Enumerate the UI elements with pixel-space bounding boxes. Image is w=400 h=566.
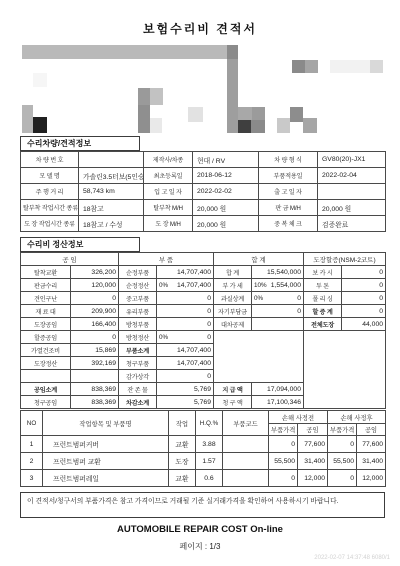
- cell-value: 0: [157, 318, 214, 331]
- section-title-settlement-info: 수리비 정산정보: [20, 237, 140, 252]
- redaction-block: [303, 118, 317, 133]
- cell-value: 326,200: [71, 266, 119, 279]
- cell-value: 2022-02-02: [193, 184, 259, 200]
- cell-label: 보 카 시: [304, 266, 342, 279]
- redaction-block: [227, 45, 238, 59]
- cell-value: 0: [157, 370, 214, 383]
- percent-value: 0%: [254, 295, 263, 302]
- redaction-block: [138, 105, 150, 133]
- redaction-block: [22, 105, 33, 133]
- amount-value: 0: [207, 373, 211, 380]
- redaction-block: [138, 88, 150, 105]
- redaction-block: [238, 107, 252, 120]
- cell-label-claim-amount: 청 구 액: [214, 396, 252, 409]
- cell-label: 폴 리 싱: [304, 292, 342, 305]
- page-title: 보험수리비 견적서: [0, 20, 400, 37]
- amount-value: 0: [207, 295, 211, 302]
- cell-label: 방청정산: [119, 331, 157, 344]
- cell-label-parts-subtotal: 부품소계: [119, 344, 157, 357]
- amount-value: 14,707,400: [177, 282, 211, 289]
- column-header-labor: 공 임: [21, 253, 119, 266]
- cell-value: 2022-02-04: [318, 168, 386, 184]
- cell-part-code: [223, 436, 269, 453]
- cell-value: 10%1,554,000: [252, 279, 304, 292]
- cell-value: 18참고 / 수성: [79, 216, 144, 232]
- cell-label: 할증공임: [21, 331, 71, 344]
- table-row: 판금수리 120,000 순정정산 0%14,707,400 부 가 세 10%…: [21, 279, 386, 292]
- cell-value: 0: [342, 305, 386, 318]
- column-header-part-price: 부품가격: [269, 424, 298, 436]
- cell-value: 44,000: [342, 318, 386, 331]
- print-stamp: 2022-02-07 14:37:48 6080/1: [314, 555, 390, 561]
- cell-label: 도장정산: [21, 357, 71, 370]
- table-row: 주 행 거 리 58,743 km 입 고 일 자 2022-02-02 출 고…: [21, 184, 386, 200]
- work-items-table: NO 작업항목 및 부품명 작업 H.Q.% 부품코드 손해 사정전 손해 사정…: [20, 410, 386, 487]
- redaction-block: [150, 118, 162, 133]
- cell-value: 현대 / RV: [193, 152, 259, 168]
- cell-label: 재 료 대: [21, 305, 71, 318]
- table-row: 1 프런트범퍼커버 교환 3.88 0 77,600 0 77,600: [21, 436, 386, 453]
- column-header-labor: 공임: [357, 424, 386, 436]
- cell-label: 방청부품: [119, 318, 157, 331]
- column-header-part-price: 부품가격: [328, 424, 357, 436]
- cell-value: 20,000 원: [193, 200, 259, 216]
- redaction-block: [290, 107, 303, 122]
- percent-value: 10%: [254, 282, 267, 289]
- cell-value: [79, 152, 144, 168]
- redaction-block: [277, 118, 290, 133]
- cell-value: 20,000 원: [193, 216, 259, 232]
- amount-value: 5,769: [194, 386, 211, 393]
- amount-value: 14,707,400: [177, 347, 211, 354]
- cell-label-payment-amount: 지 급 액: [214, 383, 252, 396]
- table-row: 견인구난 0 중고부품 0 과실상계 0%0 폴 리 싱 0: [21, 292, 386, 305]
- amount-value: 14,707,400: [177, 269, 211, 276]
- cell-label: 도 장 작업시간 종류: [21, 216, 79, 232]
- cell-label-labor-subtotal: 공임소계: [21, 383, 71, 396]
- cell-value: 17,094,000: [252, 383, 304, 396]
- cell-label: 탈부착 작업시간 종류: [21, 200, 79, 216]
- cell-label: 주 행 거 리: [21, 184, 79, 200]
- amount-value: 17,094,000: [267, 386, 301, 393]
- redaction-block: [252, 107, 265, 120]
- cell-value: 120,000: [71, 279, 119, 292]
- cell-label: 판 금 M/H: [259, 200, 318, 216]
- vehicle-info-table: 차 량 번 호 제작사/차종 현대 / RV 차 량 형 식 GV80(20)-…: [20, 151, 386, 232]
- redaction-block: [227, 59, 238, 133]
- redaction-block: [305, 60, 318, 73]
- amount-value: 5,769: [194, 399, 211, 406]
- column-header-before-adjustment: 손해 사정전: [269, 411, 328, 424]
- redaction-block: [330, 60, 370, 73]
- redaction-block: [292, 60, 305, 73]
- redaction-block: [33, 117, 47, 133]
- percent-value: 0%: [159, 334, 168, 341]
- cell-hq: 1.57: [196, 453, 223, 470]
- cell-label-surcharge-total: 할 증 계: [304, 305, 342, 318]
- estimate-document: 보험수리비 견적서 수리차량/견적정보 차 량 번 호 제작사/차종 현대 / …: [0, 0, 400, 566]
- table-header-row: NO 작업항목 및 부품명 작업 H.Q.% 부품코드 손해 사정전 손해 사정…: [21, 411, 386, 424]
- cell-value: 5,769: [157, 396, 214, 409]
- cell-value: 0: [252, 305, 304, 318]
- cell-hq: 3.88: [196, 436, 223, 453]
- cell-work: 도장: [169, 453, 196, 470]
- cell-work: 교환: [169, 470, 196, 487]
- cell-after-part-price: 55,500: [328, 453, 357, 470]
- cell-label: 대차공제: [214, 318, 252, 331]
- redaction-block: [238, 120, 251, 133]
- cell-value: 15,869: [71, 344, 119, 357]
- cell-value: 14,707,400: [157, 266, 214, 279]
- page-indicator: 페이지 : 1/3: [0, 541, 400, 552]
- cell-label: 유리부품: [119, 305, 157, 318]
- cell-label: 탈부착 M/H: [144, 200, 193, 216]
- cell-label: 가열건조비: [21, 344, 71, 357]
- cell-label: 견인구난: [21, 292, 71, 305]
- cell-after-labor: 77,600: [357, 436, 386, 453]
- cell-value: 2018-06-12: [193, 168, 259, 184]
- cell-hq: 0.6: [196, 470, 223, 487]
- cell-label: 도장공임: [21, 318, 71, 331]
- cell-label: 투 톤: [304, 279, 342, 292]
- amount-value: 0: [207, 308, 211, 315]
- cell-value: 0: [342, 292, 386, 305]
- redaction-block: [33, 73, 47, 87]
- cell-after-part-price: 0: [328, 436, 357, 453]
- cell-label: [21, 370, 71, 383]
- cell-value: 0: [342, 279, 386, 292]
- table-row: 2 프런트범퍼 교환 도장 1.57 55,500 31,400 55,500 …: [21, 453, 386, 470]
- redaction-block: [251, 120, 265, 133]
- cell-label: 입 고 일 자: [144, 184, 193, 200]
- column-header-parts: 부 품: [119, 253, 214, 266]
- cell-label: 자기부담금: [214, 305, 252, 318]
- cell-label: 부 가 세: [214, 279, 252, 292]
- cell-label: 판금수리: [21, 279, 71, 292]
- amount-value: 0: [297, 295, 301, 302]
- settlement-table: 공 임 부 품 합 계 도장할증(NSM-2코트) 탈착교환 326,200 순…: [20, 252, 386, 409]
- percent-value: 0%: [159, 282, 168, 289]
- cell-label: 청구공임: [21, 396, 71, 409]
- cell-value: 392,169: [71, 357, 119, 370]
- cell-value: 838,369: [71, 383, 119, 396]
- cell-value: 5,769: [157, 383, 214, 396]
- cell-label-deduction-subtotal: 차감소계: [119, 396, 157, 409]
- cell-label: 감가상각: [119, 370, 157, 383]
- column-header-no: NO: [21, 411, 43, 436]
- table-header-row: 공 임 부 품 합 계 도장할증(NSM-2코트): [21, 253, 386, 266]
- cell-after-part-price: 0: [328, 470, 357, 487]
- column-header-labor: 공임: [298, 424, 328, 436]
- column-header-hq: H.Q.%: [196, 411, 223, 436]
- cell-item-name: 프런트범퍼커버: [43, 436, 169, 453]
- cell-label: 부품적용일: [259, 168, 318, 184]
- amount-value: 0: [297, 308, 301, 315]
- cell-before-part-price: 0: [269, 436, 298, 453]
- table-row: 탈부착 작업시간 종류 18참고 탈부착 M/H 20,000 원 판 금 M/…: [21, 200, 386, 216]
- redaction-block: [22, 45, 227, 59]
- cell-value: 166,400: [71, 318, 119, 331]
- cell-label: 순정정산: [119, 279, 157, 292]
- cell-value: 838,369: [71, 396, 119, 409]
- cell-label: 중 복 체 크: [259, 216, 318, 232]
- cell-label: 최초등록일: [144, 168, 193, 184]
- cell-item-name: 프런트범퍼 교환: [43, 453, 169, 470]
- table-row: 할증공임 0 방청정산 0%0: [21, 331, 386, 344]
- cell-before-labor: 31,400: [298, 453, 328, 470]
- table-row: 도 장 작업시간 종류 18참고 / 수성 도 장 M/H 20,000 원 중…: [21, 216, 386, 232]
- amount-value: 15,540,000: [267, 269, 301, 276]
- cell-label: 출 고 일 자: [259, 184, 318, 200]
- cell-after-labor: 12,000: [357, 470, 386, 487]
- cell-value: 14,707,400: [157, 344, 214, 357]
- column-header-item-name: 작업항목 및 부품명: [43, 411, 169, 436]
- cell-item-name: 프런트범퍼레일: [43, 470, 169, 487]
- table-row: 차 량 번 호 제작사/차종 현대 / RV 차 량 형 식 GV80(20)-…: [21, 152, 386, 168]
- amount-value: 0: [207, 334, 211, 341]
- cell-value: 0: [71, 292, 119, 305]
- table-row: 탈착교환 326,200 순정부품 14,707,400 합 계 15,540,…: [21, 266, 386, 279]
- cell-label: 중고부품: [119, 292, 157, 305]
- amount-value: 14,707,400: [177, 360, 211, 367]
- cell-label: 잔 존 물: [119, 383, 157, 396]
- cell-value: GV80(20)-JX1: [318, 152, 386, 168]
- cell-value: 15,540,000: [252, 266, 304, 279]
- redaction-block: [150, 88, 163, 105]
- cell-value: 0: [71, 331, 119, 344]
- cell-label-full-paint: 전체도장: [304, 318, 342, 331]
- cell-label: 차 량 번 호: [21, 152, 79, 168]
- cell-no: 2: [21, 453, 43, 470]
- cell-value: 18참고: [79, 200, 144, 216]
- column-header-after-adjustment: 손해 사정후: [328, 411, 386, 424]
- notice-box: 이 견적서/청구서의 부품가격은 참고 가격이므로 거래될 기준 실거래가격을 …: [20, 492, 385, 518]
- cell-value: 가솔린3.5터보(5인승): [79, 168, 144, 184]
- cell-value: 14,707,400: [157, 357, 214, 370]
- table-row: 3 프런트범퍼레일 교환 0.6 0 12,000 0 12,000: [21, 470, 386, 487]
- column-header-work: 작업: [169, 411, 196, 436]
- cell-no: 1: [21, 436, 43, 453]
- cell-label: 탈착교환: [21, 266, 71, 279]
- section-title-vehicle-info: 수리차량/견적정보: [20, 136, 140, 151]
- footer-brand: AUTOMOBILE REPAIR COST On-line: [0, 524, 400, 535]
- amount-value: 1,554,000: [271, 282, 301, 289]
- cell-before-part-price: 55,500: [269, 453, 298, 470]
- cell-before-part-price: 0: [269, 470, 298, 487]
- cell-label: 순정부품: [119, 266, 157, 279]
- cell-value: 0: [342, 266, 386, 279]
- column-header-part-code: 부품코드: [223, 411, 269, 436]
- empty-region: [214, 331, 304, 383]
- amount-value: 0: [207, 321, 211, 328]
- cell-label: 과실상계: [214, 292, 252, 305]
- cell-value: 17,100,346: [252, 396, 304, 409]
- cell-label: 차 량 형 식: [259, 152, 318, 168]
- cell-label: 제작사/차종: [144, 152, 193, 168]
- cell-part-code: [223, 453, 269, 470]
- cell-value: 0: [157, 305, 214, 318]
- cell-value: 0: [157, 292, 214, 305]
- cell-value: 20,000 원: [318, 200, 386, 216]
- cell-value: [318, 184, 386, 200]
- cell-part-code: [223, 470, 269, 487]
- table-row: 모 델 명 가솔린3.5터보(5인승) 최초등록일 2018-06-12 부품적…: [21, 168, 386, 184]
- cell-work: 교환: [169, 436, 196, 453]
- table-row: 도장공임 166,400 방청부품 0 대차공제 전체도장 44,000: [21, 318, 386, 331]
- cell-label: 합 계: [214, 266, 252, 279]
- cell-value: 209,900: [71, 305, 119, 318]
- cell-value: 0%0: [252, 292, 304, 305]
- redaction-block: [370, 60, 383, 73]
- redaction-mosaic: [0, 45, 400, 135]
- cell-value: 검증완료: [318, 216, 386, 232]
- cell-label: 청구부품: [119, 357, 157, 370]
- column-header-paint-surcharge: 도장할증(NSM-2코트): [304, 253, 386, 266]
- table-row: 재 료 대 209,900 유리부품 0 자기부담금 0 할 증 계 0: [21, 305, 386, 318]
- cell-label: 모 델 명: [21, 168, 79, 184]
- amount-value: 17,100,346: [267, 399, 301, 406]
- cell-value: 58,743 km: [79, 184, 144, 200]
- cell-before-labor: 77,600: [298, 436, 328, 453]
- cell-before-labor: 12,000: [298, 470, 328, 487]
- cell-value: 0%0: [157, 331, 214, 344]
- redaction-block: [188, 107, 203, 122]
- cell-value: 0%14,707,400: [157, 279, 214, 292]
- cell-after-labor: 31,400: [357, 453, 386, 470]
- column-header-total: 합 계: [214, 253, 304, 266]
- cell-label: 도 장 M/H: [144, 216, 193, 232]
- empty-region: [304, 331, 386, 409]
- cell-no: 3: [21, 470, 43, 487]
- cell-value: [71, 370, 119, 383]
- cell-value: [252, 318, 304, 331]
